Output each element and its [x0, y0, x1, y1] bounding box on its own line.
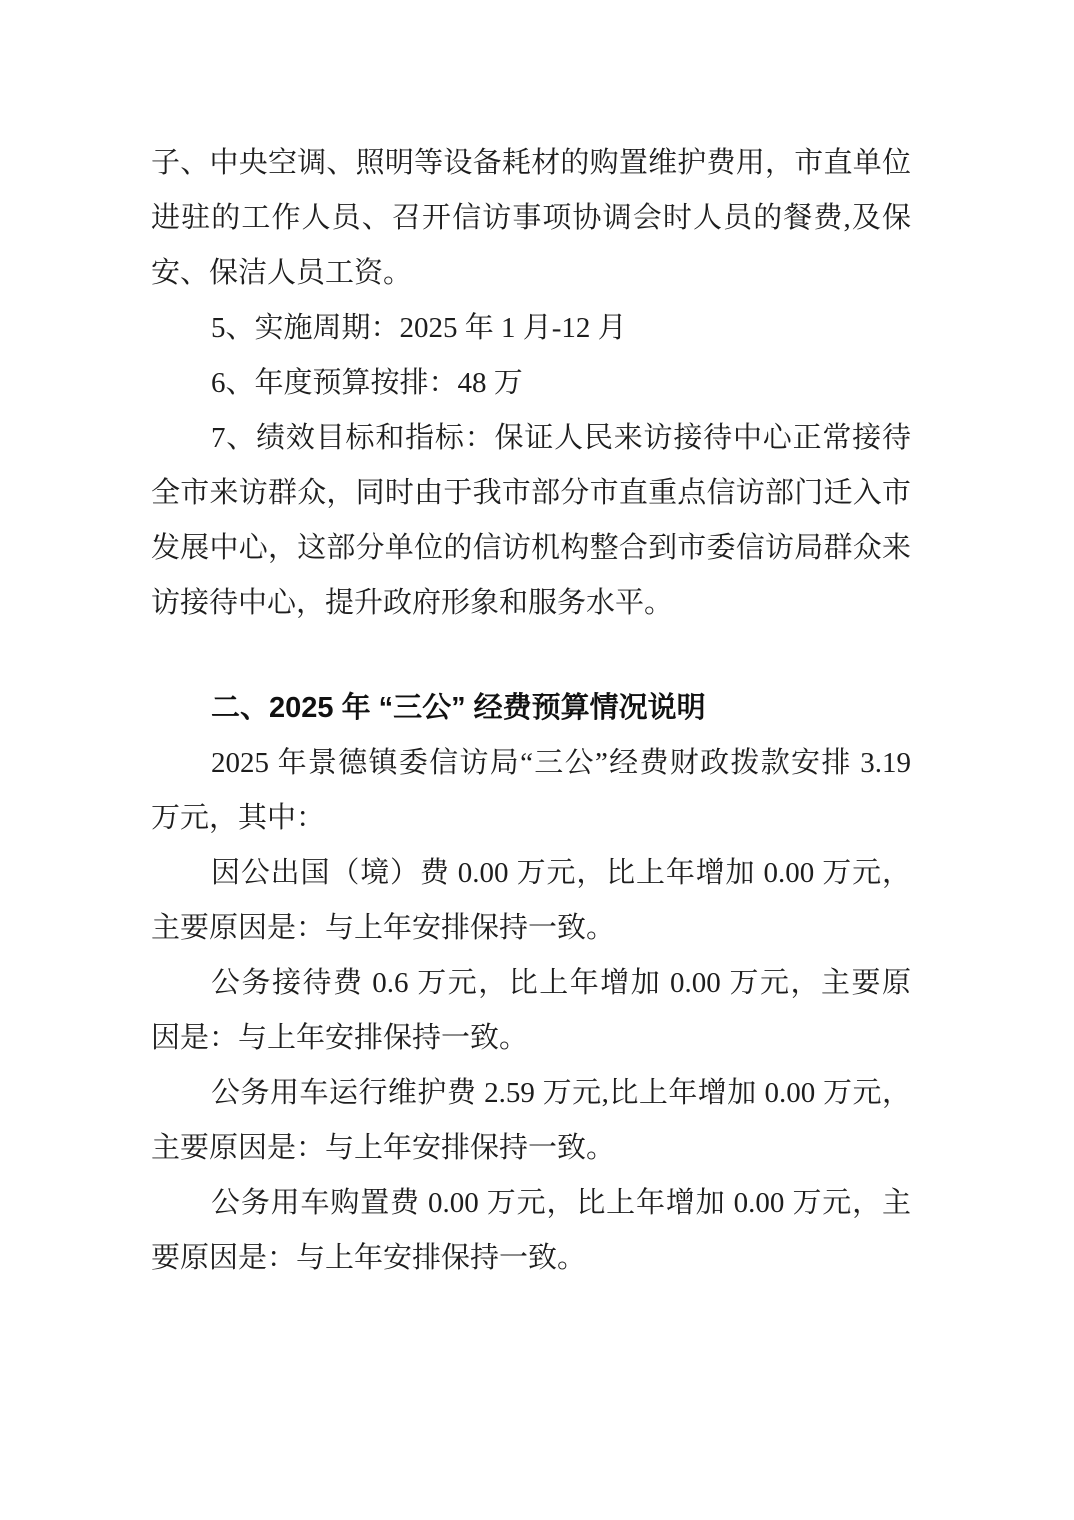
text-line: 7、绩效目标和指标：保证人民来访接待中心正常接待 [151, 411, 911, 466]
text-line: 主要原因是：与上年安排保持一致。 [151, 1121, 911, 1176]
text-line: 5、实施周期：2025 年 1 月-12 月 [151, 301, 911, 356]
list-item-5-implementation-period: 5、实施周期：2025 年 1 月-12 月 [151, 301, 911, 356]
list-item-7-performance-goals: 7、绩效目标和指标：保证人民来访接待中心正常接待全市来访群众，同时由于我市部分市… [151, 411, 911, 631]
continuation-paragraph: 子、中央空调、照明等设备耗材的购置维护费用，市直单位进驻的工作人员、召开信访事项… [151, 136, 911, 301]
text-line: 全市来访群众，同时由于我市部分市直重点信访部门迁入市 [151, 466, 911, 521]
text-line: 因公出国（境）费 0.00 万元，比上年增加 0.00 万元， [151, 846, 911, 901]
text-line: 万元，其中： [151, 791, 911, 846]
text-line: 子、中央空调、照明等设备耗材的购置维护费用，市直单位 [151, 136, 911, 191]
text-line: 公务用车购置费 0.00 万元，比上年增加 0.00 万元，主 [151, 1176, 911, 1231]
text-line: 2025 年景德镇委信访局“三公”经费财政拨款安排 3.19 [151, 736, 911, 791]
document-content: 子、中央空调、照明等设备耗材的购置维护费用，市直单位进驻的工作人员、召开信访事项… [151, 136, 911, 1286]
text-line: 进驻的工作人员、召开信访事项协调会时人员的餐费,及保 [151, 191, 911, 246]
text-line: 要原因是：与上年安排保持一致。 [151, 1231, 911, 1286]
paragraph-vehicle-purchase-fee: 公务用车购置费 0.00 万元，比上年增加 0.00 万元，主要原因是：与上年安… [151, 1176, 911, 1286]
text-line: 发展中心，这部分单位的信访机构整合到市委信访局群众来 [151, 521, 911, 576]
list-item-6-annual-budget: 6、年度预算按排：48 万 [151, 356, 911, 411]
paragraph-sangong-intro: 2025 年景德镇委信访局“三公”经费财政拨款安排 3.19万元，其中： [151, 736, 911, 846]
text-line: 公务用车运行维护费 2.59 万元,比上年增加 0.00 万元， [151, 1066, 911, 1121]
paragraph-abroad-fee: 因公出国（境）费 0.00 万元，比上年增加 0.00 万元，主要原因是：与上年… [151, 846, 911, 956]
text-line: 6、年度预算按排：48 万 [151, 356, 911, 411]
paragraph-vehicle-maintenance-fee: 公务用车运行维护费 2.59 万元,比上年增加 0.00 万元，主要原因是：与上… [151, 1066, 911, 1176]
text-line: 主要原因是：与上年安排保持一致。 [151, 901, 911, 956]
text-line: 访接待中心，提升政府形象和服务水平。 [151, 576, 911, 631]
text-line: 二、2025 年 “三公” 经费预算情况说明 [151, 681, 911, 736]
section-heading-sangong-budget: 二、2025 年 “三公” 经费预算情况说明 [151, 681, 911, 736]
text-line: 安、保洁人员工资。 [151, 246, 911, 301]
paragraph-official-reception-fee: 公务接待费 0.6 万元，比上年增加 0.00 万元，主要原因是：与上年安排保持… [151, 956, 911, 1066]
text-line: 因是：与上年安排保持一致。 [151, 1011, 911, 1066]
document-page: 子、中央空调、照明等设备耗材的购置维护费用，市直单位进驻的工作人员、召开信访事项… [0, 0, 1074, 1520]
text-line: 公务接待费 0.6 万元，比上年增加 0.00 万元，主要原 [151, 956, 911, 1011]
